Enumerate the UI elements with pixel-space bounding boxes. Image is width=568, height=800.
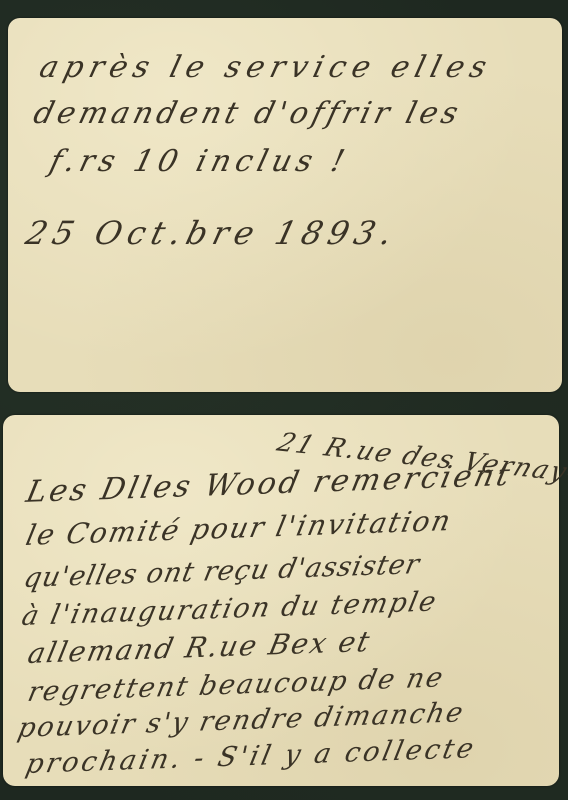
handwritten-line: le Comité pour l'invitation	[23, 504, 455, 552]
handwritten-line: demandent d'offrir les	[30, 96, 465, 131]
handwritten-line: après le service elles	[36, 50, 496, 85]
handwritten-line: f.rs 10 inclus !	[46, 144, 353, 179]
handwritten-date: 25 Oct.bre 1893.	[22, 214, 402, 252]
handwritten-line: qu'elles ont reçu d'assister	[21, 549, 423, 594]
handwritten-card-bottom: 21 R.ue des Vernay- Les Dlles Wood remer…	[3, 415, 559, 786]
handwritten-line: allemand R.ue Bex et	[25, 625, 374, 670]
handwritten-line: à l'inauguration du temple	[19, 586, 441, 632]
handwritten-card-top: après le service elles demandent d'offri…	[8, 18, 562, 392]
handwritten-line: Les Dlles Wood remercient	[23, 458, 516, 510]
